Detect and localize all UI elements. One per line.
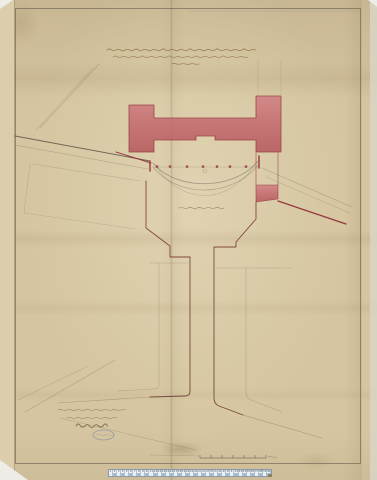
forecourt-dot-1	[156, 165, 158, 167]
forecourt-center-mark	[203, 169, 207, 173]
forecourt-marker-dots	[156, 165, 247, 167]
scale-strip-color	[239, 473, 242, 476]
forecourt-dot-4	[202, 165, 204, 167]
pencil-survey-lines	[15, 11, 358, 456]
field-edge-a	[33, 164, 140, 181]
scale-strip-color	[255, 473, 258, 476]
chateau-h-plan	[129, 96, 281, 152]
bottom-road	[60, 418, 196, 450]
scale-strip-color	[198, 473, 201, 476]
scale-strip-color	[194, 473, 197, 476]
forecourt-arc-inner	[153, 165, 258, 190]
avenue-left	[150, 257, 190, 397]
boundary-steep-b	[36, 68, 93, 130]
boundary-diagonal-red	[278, 201, 346, 224]
field-edge-c	[24, 213, 136, 229]
flank-right-pencil	[246, 268, 282, 412]
scale-strip-color	[174, 473, 177, 476]
red-trapezoid-annex	[256, 185, 278, 202]
stamp-inner-text	[96, 434, 114, 435]
bl-boundary-a	[25, 360, 115, 412]
scale-strip-color	[230, 473, 233, 476]
handwritten-inscriptions	[58, 49, 277, 457]
scale-strip-color	[170, 473, 173, 476]
red-wash-buildings	[129, 96, 281, 202]
title-handwriting-line-2	[113, 56, 248, 58]
scale-strip-color	[243, 473, 246, 476]
scale-strip-color	[247, 473, 250, 476]
ruler-leader	[150, 455, 200, 456]
field-edge-b	[24, 164, 30, 213]
drawn-scale-bar	[200, 455, 266, 458]
moat-right	[214, 202, 256, 247]
scale-strip-color	[125, 473, 128, 476]
scale-strip-color	[113, 473, 116, 476]
title-handwriting-line-1	[107, 49, 256, 51]
bl-boundary-b	[18, 366, 88, 400]
scale-strip-color	[109, 473, 112, 476]
scale-strip-color	[263, 473, 266, 476]
scale-strip-color	[202, 473, 205, 476]
scale-strip-color	[154, 473, 157, 476]
plan-drawing	[0, 0, 377, 480]
flank-left-pencil	[118, 263, 159, 391]
moat-left	[146, 181, 190, 257]
scanned-plan-sheet: 1234567891011121314151617181920212223242…	[0, 0, 377, 480]
scale-strip-color	[210, 473, 213, 476]
ruler-figure	[268, 456, 277, 457]
forecourt-dot-6	[229, 165, 231, 167]
forecourt-dot-3	[186, 165, 188, 167]
forecourt-dot-2	[169, 165, 171, 167]
scale-strip-color	[234, 473, 237, 476]
scale-strip-color	[129, 473, 132, 476]
scale-strip-color	[190, 473, 193, 476]
scale-strip-color	[259, 473, 262, 476]
scale-strip-color	[206, 473, 209, 476]
signature-line-1	[58, 409, 126, 410]
red-ink-lines	[116, 152, 346, 415]
scale-strip-color	[158, 473, 161, 476]
scale-strip-color	[121, 473, 124, 476]
title-underline-flourish	[172, 63, 199, 64]
scale-strip-color	[178, 473, 181, 476]
center-label-handwriting	[179, 207, 224, 208]
scale-strip-color	[222, 473, 225, 476]
scale-strip-color	[117, 473, 120, 476]
scale-strip-color	[218, 473, 221, 476]
scale-strip-color	[149, 473, 152, 476]
forecourt-dot-5	[216, 165, 218, 167]
scale-strip-color	[162, 473, 165, 476]
forecourt-dot-7	[245, 165, 247, 167]
scale-strip-color	[137, 473, 140, 476]
avenue-left-extension	[58, 397, 150, 403]
scale-strip-color	[145, 473, 148, 476]
signature-line-2	[67, 417, 117, 418]
scale-strip-color	[182, 473, 185, 476]
forecourt-arc-deep	[155, 163, 256, 196]
avenue-right	[214, 247, 243, 415]
scale-strip-color	[251, 473, 254, 476]
paper-speck	[268, 474, 272, 477]
scale-strip-color	[141, 473, 144, 476]
scale-strip-color	[186, 473, 189, 476]
boundary-steep-a	[40, 64, 99, 128]
scale-strip-color	[214, 473, 217, 476]
photographic-scale-strip: 1234567891011121314151617181920212223242…	[108, 469, 272, 477]
scale-strip-color	[226, 473, 229, 476]
scale-strip-color	[133, 473, 136, 476]
avenue-right-extension	[243, 415, 322, 438]
left-connector	[116, 152, 151, 163]
road-right-lower	[266, 177, 350, 213]
scale-strip-color	[166, 473, 169, 476]
